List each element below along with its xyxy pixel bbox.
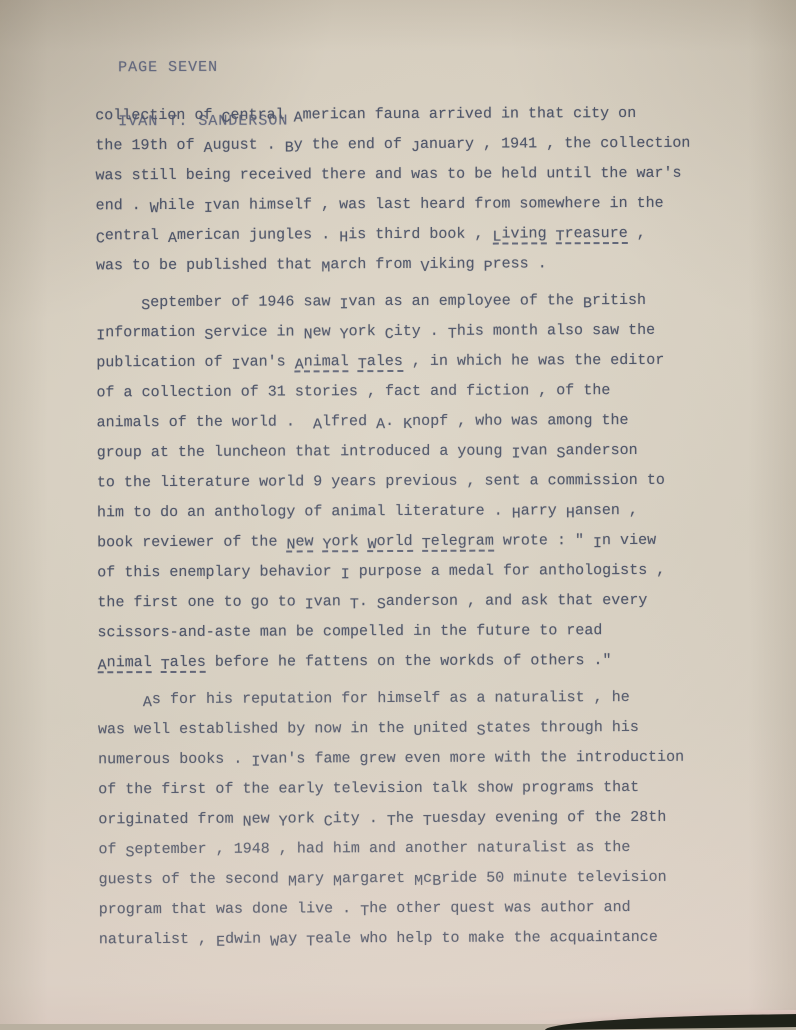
scanned-page: PAGE SEVEN IVAN T. SANDERSON collection … bbox=[0, 0, 796, 1024]
typed-line: him to do an anthology of animal literat… bbox=[97, 497, 747, 530]
text-run: the 19th of August . By the end of Janua… bbox=[95, 135, 690, 157]
text-run: numerous books . Ivan's fame grew even m… bbox=[98, 749, 684, 771]
typed-line: numerous books . Ivan's fame grew even m… bbox=[98, 744, 748, 777]
typed-line: was still being received there and was t… bbox=[95, 160, 745, 193]
text-run bbox=[547, 225, 556, 242]
text-run: scissors-and-aste man be compelled in th… bbox=[97, 622, 602, 641]
text-run: publication of Ivan's bbox=[96, 353, 294, 373]
typed-line: Information Service in New York City . T… bbox=[96, 317, 746, 350]
text-run: to the literature world 9 years previous… bbox=[97, 472, 665, 491]
underlined-title-text: York bbox=[322, 533, 358, 552]
typed-line: of September , 1948 , had him and anothe… bbox=[98, 834, 748, 867]
paragraph: As for his reputation for himself as a n… bbox=[98, 684, 749, 957]
typed-line: Central American jungles . His third boo… bbox=[96, 220, 746, 253]
text-run: was to be published that March from Viki… bbox=[96, 255, 547, 276]
text-run: book reviewer of the bbox=[97, 533, 286, 551]
text-run: him to do an anthology of animal literat… bbox=[97, 502, 638, 523]
typed-line: animals of the world . Alfred A. Knopf ,… bbox=[97, 407, 747, 440]
underlined-title-text: Treasure bbox=[556, 225, 628, 244]
text-run: of a collection of 31 stories , fact and… bbox=[96, 382, 610, 401]
text-run: group at the luncheon that introduced a … bbox=[97, 442, 638, 463]
underlined-title-text: World bbox=[368, 533, 413, 552]
underlined-title-text: Animal bbox=[295, 353, 349, 372]
text-run: naturalist , Edwin Way Teale who help to… bbox=[99, 929, 658, 951]
underlined-title-text: Tales bbox=[358, 353, 403, 372]
underlined-title-text: New bbox=[286, 533, 313, 552]
page-content: PAGE SEVEN IVAN T. SANDERSON collection … bbox=[0, 0, 796, 1024]
typed-line: end . While Ivan himself , was last hear… bbox=[96, 190, 746, 223]
typed-line: of the first of the early television tal… bbox=[98, 774, 748, 807]
typed-line: As for his reputation for himself as a n… bbox=[98, 684, 748, 717]
typed-line: collection of Central American fauna arr… bbox=[95, 100, 745, 133]
typed-line: the 19th of August . By the end of Janua… bbox=[95, 130, 745, 163]
text-run: Central American jungles . His third boo… bbox=[96, 226, 493, 248]
typed-line: naturalist , Edwin Way Teale who help to… bbox=[99, 924, 749, 957]
paragraph: collection of Central American fauna arr… bbox=[95, 100, 746, 283]
typed-line: book reviewer of the New York World Tele… bbox=[97, 527, 747, 560]
underlined-title-text: Telegram bbox=[422, 533, 494, 552]
underlined-title-text: Living bbox=[492, 225, 546, 244]
text-run: collection of Central American fauna arr… bbox=[95, 105, 636, 127]
text-run: of this enemplary behavior I purpose a m… bbox=[97, 562, 665, 583]
page-number-label: PAGE SEVEN bbox=[118, 58, 288, 77]
text-run: the first one to go to Ivan T. Sanderson… bbox=[97, 592, 647, 613]
typed-line: program that was done live . The other q… bbox=[99, 894, 749, 927]
typed-line: was well established by now in the Unite… bbox=[98, 714, 748, 747]
typed-body-text: collection of Central American fauna arr… bbox=[95, 100, 749, 964]
text-run: before he fattens on the workds of other… bbox=[206, 652, 612, 671]
typed-line: scissors-and-aste man be compelled in th… bbox=[97, 617, 747, 650]
typed-line: originated from New York City . The Tues… bbox=[98, 804, 748, 837]
typed-line: group at the luncheon that introduced a … bbox=[97, 437, 747, 470]
text-run: , in which he was the editor bbox=[403, 352, 665, 370]
typed-line: the first one to go to Ivan T. Sanderson… bbox=[97, 587, 747, 620]
text-run: end . While Ivan himself , was last hear… bbox=[96, 195, 664, 217]
text-run bbox=[413, 533, 422, 550]
typed-line: September of 1946 saw Ivan as an employe… bbox=[96, 287, 746, 320]
text-run: Information Service in New York City . T… bbox=[96, 322, 655, 344]
typed-line: to the literature world 9 years previous… bbox=[97, 467, 747, 500]
paragraph: September of 1946 saw Ivan as an employe… bbox=[96, 287, 748, 680]
typed-line: was to be published that March from Viki… bbox=[96, 250, 746, 283]
text-run: was still being received there and was t… bbox=[95, 165, 681, 185]
text-run: was well established by now in the Unite… bbox=[98, 719, 639, 740]
typed-line: of a collection of 31 stories , fact and… bbox=[96, 377, 746, 410]
text-run: guests of the second Mary Margaret McBri… bbox=[99, 869, 667, 891]
text-run: , bbox=[628, 225, 646, 242]
typed-line: guests of the second Mary Margaret McBri… bbox=[99, 864, 749, 897]
text-run: originated from New York City . The Tues… bbox=[98, 809, 666, 831]
underlined-title-text: Animal bbox=[98, 654, 152, 673]
typed-line: publication of Ivan's Animal Tales , in … bbox=[96, 347, 746, 380]
text-run: animals of the world . Alfred A. Knopf ,… bbox=[97, 412, 629, 433]
text-run: September of 1946 saw Ivan as an employe… bbox=[96, 292, 646, 314]
text-run bbox=[152, 654, 161, 671]
underlined-title-text: Tales bbox=[161, 654, 206, 673]
typed-line: of this enemplary behavior I purpose a m… bbox=[97, 557, 747, 590]
text-run: As for his reputation for himself as a n… bbox=[98, 689, 630, 711]
text-run: wrote : " In view bbox=[494, 532, 656, 552]
text-run: program that was done live . The other q… bbox=[99, 899, 631, 920]
typed-line: Animal Tales before he fattens on the wo… bbox=[98, 647, 748, 680]
text-run: of the first of the early television tal… bbox=[98, 779, 639, 798]
text-run: of September , 1948 , had him and anothe… bbox=[98, 839, 630, 861]
